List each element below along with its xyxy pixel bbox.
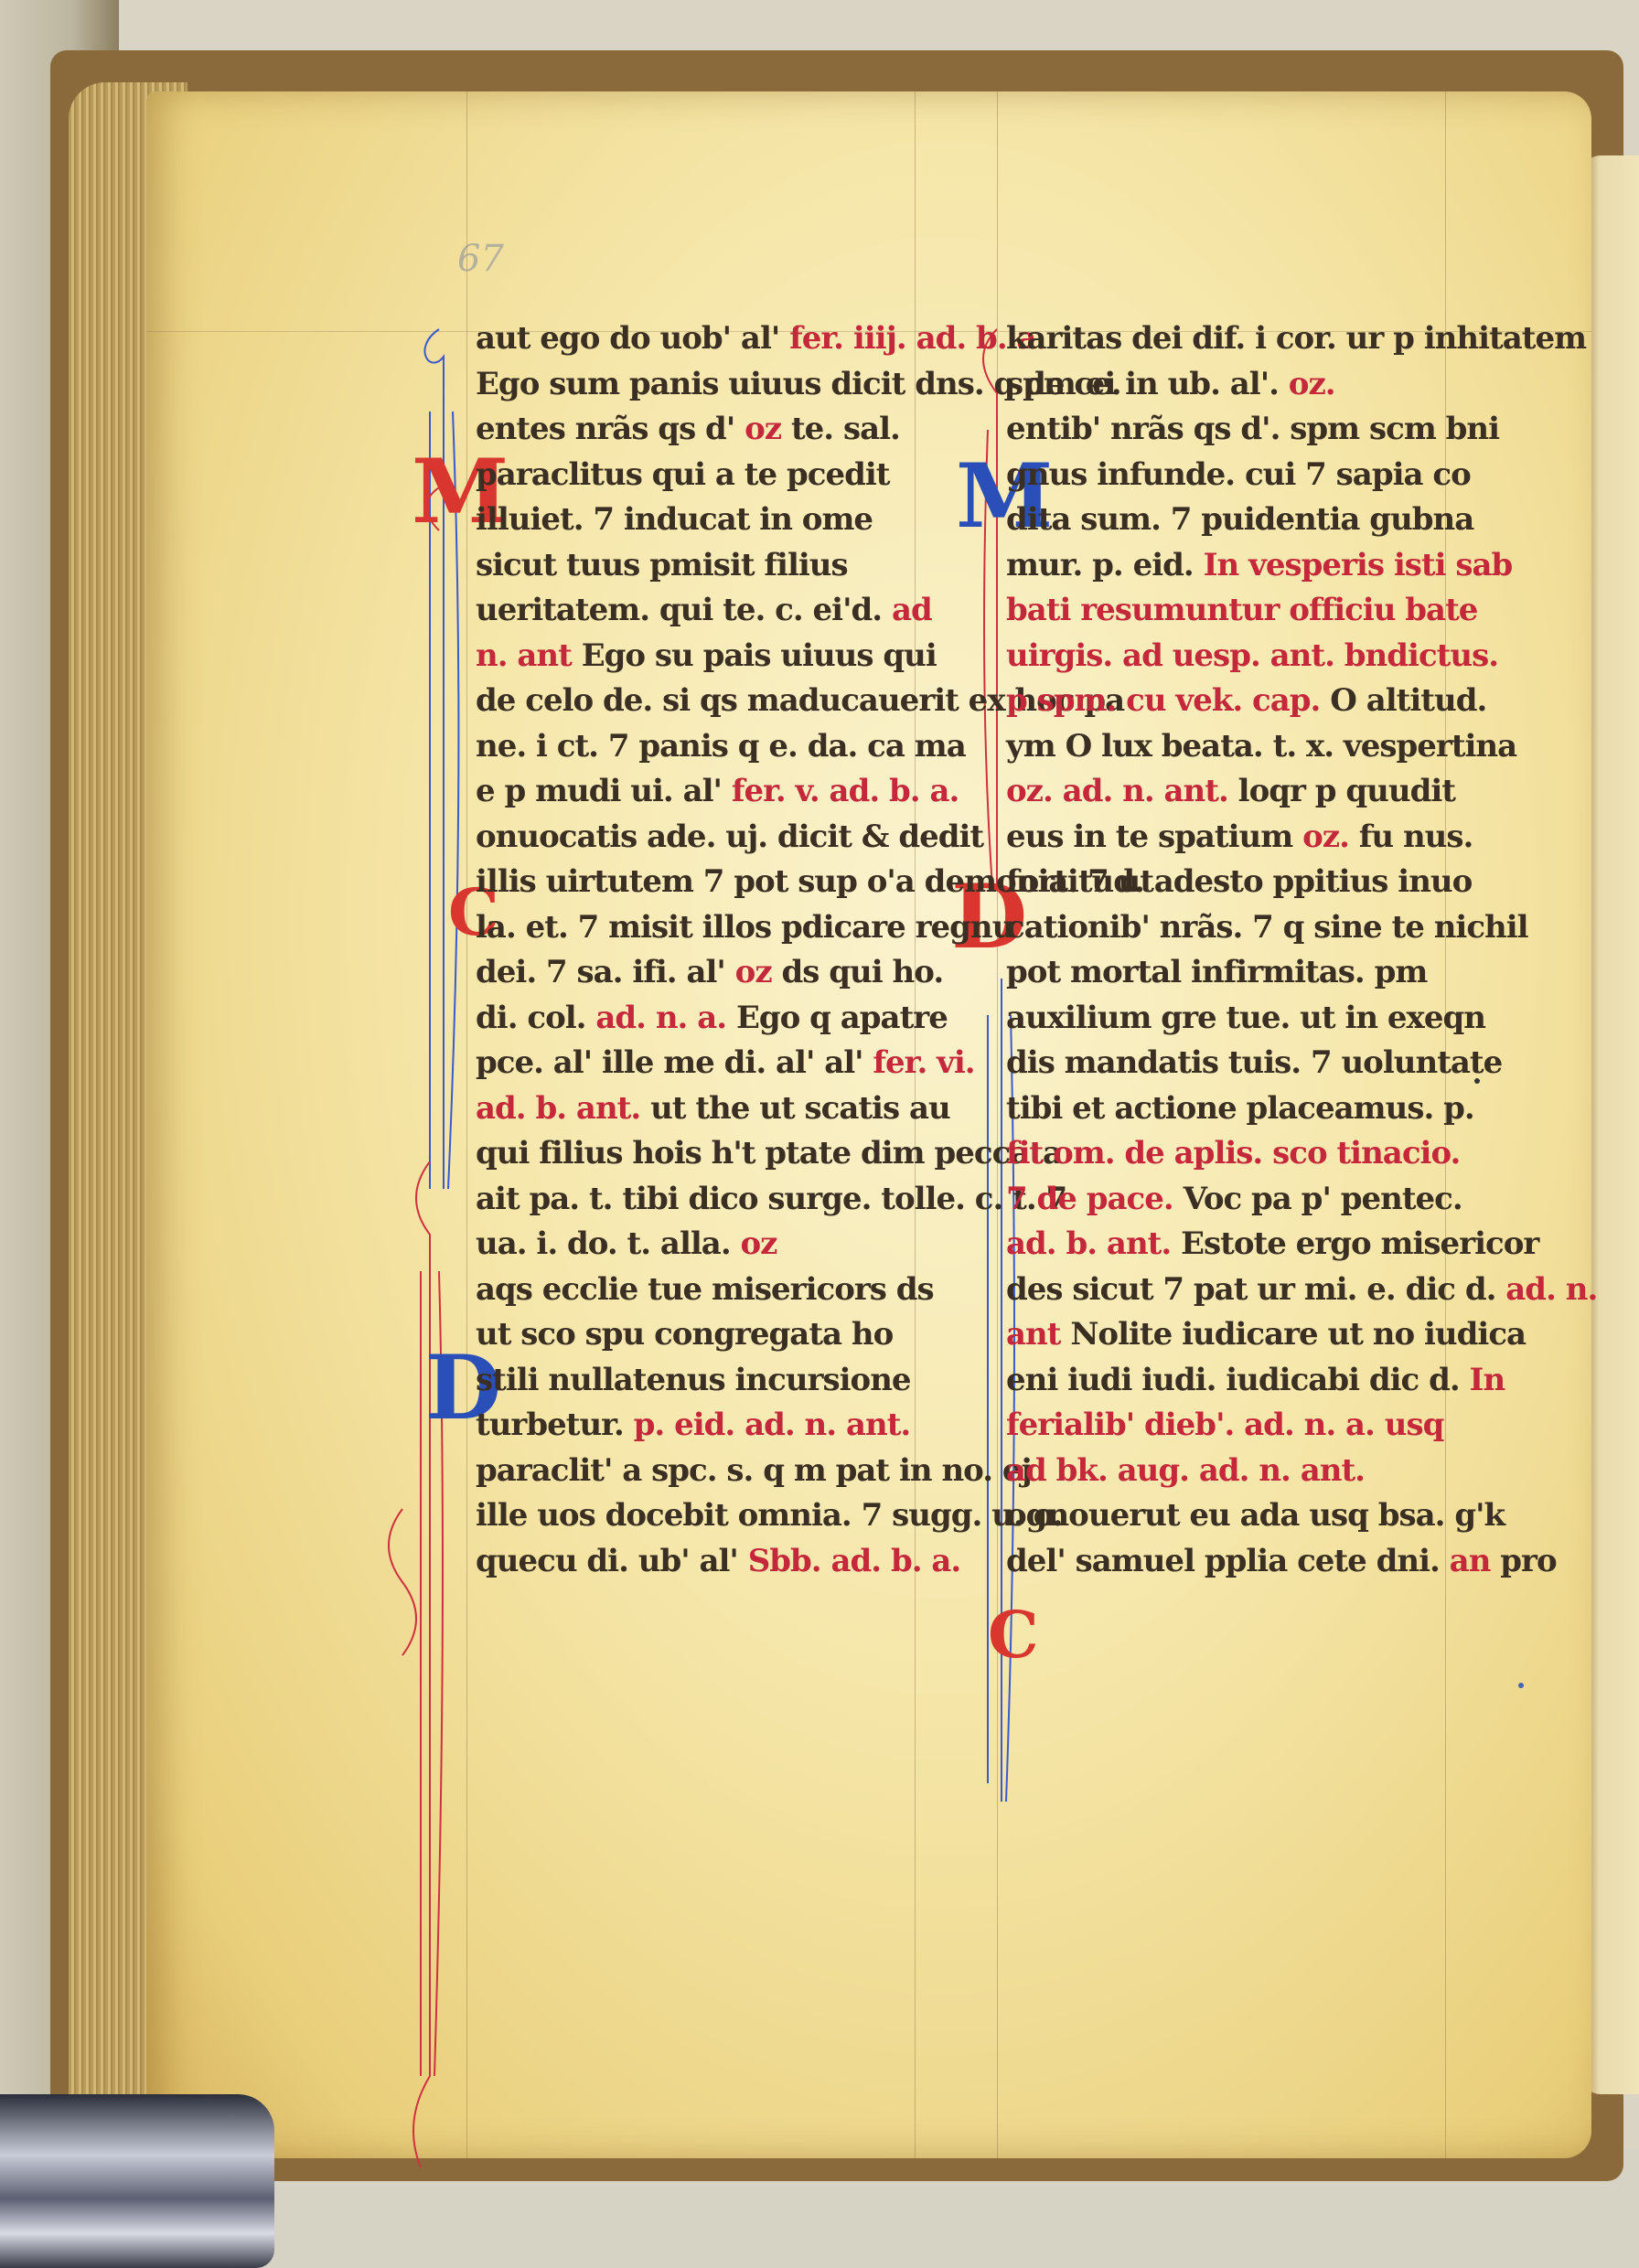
- ink-text: onuocatis ade. uj. dicit & dedit: [476, 818, 983, 855]
- ink-text: quecu di. ub' al': [476, 1543, 738, 1579]
- ink-text: pro: [1500, 1543, 1556, 1579]
- ink-text: spm ei in ub. al'.: [1006, 366, 1279, 402]
- page-clip: [0, 2094, 274, 2268]
- text-line: eus in te spatium oz. fu nus.: [1006, 818, 1473, 855]
- rubric-text: bati resumuntur officiu bate: [1006, 592, 1477, 628]
- text-line: spm ei in ub. al'. oz.: [1006, 366, 1335, 402]
- rubric-text: ad. n.: [1505, 1271, 1597, 1308]
- ink-text: illuiet. 7 inducat in ome: [476, 501, 873, 538]
- ink-text: fortitud. adesto ppitius inuo: [1006, 863, 1472, 900]
- text-line: paraclit' a spc. s. q m pat in no. ej: [476, 1452, 1032, 1489]
- rubric-text: ad. b. ant.: [476, 1090, 640, 1127]
- text-line: quecu di. ub' al' Sbb. ad. b. a.: [476, 1543, 960, 1579]
- text-line: dis mandatis tuis. 7 uoluntate: [1006, 1044, 1502, 1081]
- ink-dot: [1518, 1683, 1524, 1688]
- text-line: ant Nolite iudicare ut no iudica: [1006, 1316, 1526, 1353]
- text-line: tibi et actione placeamus. p.: [1006, 1090, 1474, 1127]
- text-line: ad. b. ant. Estote ergo misericor: [1006, 1225, 1538, 1262]
- ink-text: sicut tuus pmisit filius: [476, 547, 848, 583]
- ink-text: stili nullatenus incursione: [476, 1362, 911, 1398]
- ink-text: pce. al' ille me di. al' al': [476, 1044, 863, 1081]
- text-line: ognouerut eu ada usq bsa. g'k: [1006, 1497, 1505, 1534]
- text-line: mur. p. eid. In vesperis isti sab: [1006, 547, 1512, 583]
- text-line: entib' nrãs qs d'. spm scm bni: [1006, 411, 1499, 447]
- text-line: oz. ad. n. ant. loqr p quudit: [1006, 773, 1455, 809]
- ink-text: te. sal.: [791, 411, 900, 447]
- ink-text: Ego q apatre: [736, 1000, 948, 1036]
- ink-text: ut sco spu congregata ho: [476, 1316, 893, 1353]
- text-line: del' samuel pplia cete dni. an pro: [1006, 1543, 1557, 1579]
- text-line: ait pa. t. tibi dico surge. tolle. c. t.…: [476, 1181, 1066, 1217]
- rubric-text: an: [1450, 1543, 1491, 1579]
- ink-text: la. et. 7 misit illos pdicare regnu: [476, 909, 1013, 946]
- text-line: 7 de pace. Voc pa p' pentec.: [1006, 1181, 1462, 1217]
- ink-text: cationib' nrãs. 7 q sine te nichil: [1006, 909, 1528, 946]
- ink-text: karitas dei dif. i cor. ur p inhitatem: [1006, 320, 1586, 357]
- text-line: ym O lux beata. t. x. vespertina: [1006, 728, 1516, 765]
- text-line: turbetur. p. eid. ad. n. ant.: [476, 1407, 910, 1443]
- text-line: pot mortal infirmitas. pm: [1006, 954, 1427, 990]
- text-line: e p mudi ui. al' fer. v. ad. b. a.: [476, 773, 959, 809]
- rubric-text: n. ant: [476, 637, 572, 674]
- ink-text: des sicut 7 pat ur mi. e. dic d.: [1006, 1271, 1495, 1308]
- rubric-text: ad: [892, 592, 932, 628]
- text-line: entes nrãs qs d' oz te. sal.: [476, 411, 900, 447]
- text-line: stili nullatenus incursione: [476, 1362, 911, 1398]
- text-line: la. et. 7 misit illos pdicare regnu: [476, 909, 1013, 946]
- text-line: aut ego do uob' al' fer. iiij. ad. b. a.: [476, 320, 1045, 357]
- ink-text: paraclit' a spc. s. q m pat in no. ej: [476, 1452, 1032, 1489]
- text-line: ua. i. do. t. alla. oz: [476, 1225, 777, 1262]
- ink-text: ne. i ct. 7 panis q e. da. ca ma: [476, 728, 966, 765]
- ink-text: Voc pa p' pentec.: [1184, 1181, 1462, 1217]
- text-line: ferialib' dieb'. ad. n. a. usq: [1006, 1407, 1443, 1443]
- ink-text: pot mortal infirmitas. pm: [1006, 954, 1427, 990]
- rubric-text: In: [1470, 1362, 1505, 1398]
- text-line: ad bk. aug. ad. n. ant.: [1006, 1452, 1365, 1489]
- ink-text: ueritatem. qui te. c. ei'd.: [476, 592, 882, 628]
- rubric-text: ferialib' dieb'. ad. n. a. usq: [1006, 1407, 1443, 1443]
- text-line: illuiet. 7 inducat in ome: [476, 501, 873, 538]
- ink-text: gnus infunde. cui 7 sapia co: [1006, 456, 1471, 493]
- ink-text: auxilium gre tue. ut in exeqn: [1006, 1000, 1485, 1036]
- text-line: fortitud. adesto ppitius inuo: [1006, 863, 1472, 900]
- initial-right-3: C: [988, 1591, 1039, 1679]
- text-line: pce. al' ille me di. al' al' fer. vi.: [476, 1044, 975, 1081]
- text-line: auxilium gre tue. ut in exeqn: [1006, 1000, 1485, 1036]
- text-line: gnus infunde. cui 7 sapia co: [1006, 456, 1471, 493]
- rubric-text: oz: [735, 954, 772, 990]
- ink-text: dei. 7 sa. ifi. al': [476, 954, 725, 990]
- ink-text: dis mandatis tuis. 7 uoluntate: [1006, 1044, 1502, 1081]
- ink-text: ille uos docebit omnia. 7 sugg. u. o.: [476, 1497, 1063, 1534]
- text-line: aqs ecclie tue misericors ds: [476, 1271, 934, 1308]
- rubric-text: 7 de pace.: [1006, 1181, 1173, 1217]
- rubric-text: oz. ad. n. ant.: [1006, 773, 1228, 809]
- ink-text: ym O lux beata. t. x. vespertina: [1006, 728, 1516, 765]
- text-line: di. col. ad. n. a. Ego q apatre: [476, 1000, 948, 1036]
- text-line: onuocatis ade. uj. dicit & dedit: [476, 818, 983, 855]
- ink-text: eni iudi iudi. iudicabi dic d.: [1006, 1362, 1460, 1398]
- ink-text: turbetur.: [476, 1407, 624, 1443]
- rubric-text: oz: [741, 1225, 777, 1262]
- ink-text: entib' nrãs qs d'. spm scm bni: [1006, 411, 1499, 447]
- text-line: karitas dei dif. i cor. ur p inhitatem: [1006, 320, 1586, 357]
- ink-text: ut the ut scatis au: [650, 1090, 950, 1127]
- ink-text: aqs ecclie tue misericors ds: [476, 1271, 934, 1308]
- rubric-text: p. eid. ad. n. ant.: [634, 1407, 911, 1443]
- ink-text: ait pa. t. tibi dico surge. tolle. c. t.…: [476, 1181, 1066, 1217]
- text-line: ille uos docebit omnia. 7 sugg. u. o.: [476, 1497, 1063, 1534]
- text-line: dita sum. 7 puidentia gubna: [1006, 501, 1473, 538]
- text-line: bati resumuntur officiu bate: [1006, 592, 1477, 628]
- manuscript-page: 67 M C D M D C aut ego do uob' al' fer. …: [146, 91, 1591, 2158]
- ink-text: di. col.: [476, 1000, 586, 1036]
- rubric-text: oz.: [1302, 818, 1349, 855]
- text-line: ad. b. ant. ut the ut scatis au: [476, 1090, 950, 1127]
- ink-text: O altitud.: [1330, 682, 1486, 719]
- folio-number: 67: [457, 238, 504, 280]
- text-line: des sicut 7 pat ur mi. e. dic d. ad. n.: [1006, 1271, 1597, 1308]
- ink-text: qui filius hois h't ptate dim peccata: [476, 1135, 1062, 1171]
- text-line: sicut tuus pmisit filius: [476, 547, 848, 583]
- ink-text: ognouerut eu ada usq bsa. g'k: [1006, 1497, 1505, 1534]
- text-line: n. ant Ego su pais uiuus qui: [476, 637, 937, 674]
- rubric-text: ad. b. ant.: [1006, 1225, 1171, 1262]
- rubric-text: uirgis. ad uesp. ant. bndictus.: [1006, 637, 1498, 674]
- ink-text: loqr p quudit: [1238, 773, 1455, 809]
- ink-text: entes nrãs qs d': [476, 411, 734, 447]
- rubric-text: In vesperis isti sab: [1204, 547, 1513, 583]
- rubric-text: Sbb. ad. b. a.: [748, 1543, 961, 1579]
- ink-text: aut ego do uob' al': [476, 320, 779, 357]
- text-line: fit om. de aplis. sco tinacio.: [1006, 1135, 1460, 1171]
- text-line: cationib' nrãs. 7 q sine te nichil: [1006, 909, 1528, 946]
- text-line: ut sco spu congregata ho: [476, 1316, 893, 1353]
- rubric-text: fer. vi.: [873, 1044, 974, 1081]
- ink-text: Estote ergo misericor: [1181, 1225, 1538, 1262]
- ink-text: mur. p. eid.: [1006, 547, 1194, 583]
- text-line: ne. i ct. 7 panis q e. da. ca ma: [476, 728, 966, 765]
- text-line: eni iudi iudi. iudicabi dic d. In: [1006, 1362, 1505, 1398]
- ink-text: paraclitus qui a te pcedit: [476, 456, 889, 493]
- rubric-text: p spm. cu vek. cap.: [1006, 682, 1320, 719]
- ink-text: ua. i. do. t. alla.: [476, 1225, 731, 1262]
- ink-text: ds qui ho.: [782, 954, 944, 990]
- text-line: paraclitus qui a te pcedit: [476, 456, 889, 493]
- text-line: ueritatem. qui te. c. ei'd. ad: [476, 592, 932, 628]
- rubric-text: fit om. de aplis. sco tinacio.: [1006, 1135, 1460, 1171]
- ink-dot: [1474, 1078, 1480, 1084]
- rubric-text: oz: [745, 411, 781, 447]
- rubric-text: fer. v. ad. b. a.: [732, 773, 959, 809]
- ink-text: eus in te spatium: [1006, 818, 1292, 855]
- ink-text: Nolite iudicare ut no iudica: [1070, 1316, 1526, 1353]
- text-line: uirgis. ad uesp. ant. bndictus.: [1006, 637, 1498, 674]
- ink-text: dita sum. 7 puidentia gubna: [1006, 501, 1473, 538]
- rubric-text: ad. n. a.: [595, 1000, 726, 1036]
- text-line: p spm. cu vek. cap. O altitud.: [1006, 682, 1486, 719]
- text-line: dei. 7 sa. ifi. al' oz ds qui ho.: [476, 954, 943, 990]
- ink-text: del' samuel pplia cete dni.: [1006, 1543, 1440, 1579]
- ink-text: Ego su pais uiuus qui: [582, 637, 937, 674]
- ink-text: fu nus.: [1359, 818, 1473, 855]
- rubric-text: ad bk. aug. ad. n. ant.: [1006, 1452, 1365, 1489]
- ink-text: e p mudi ui. al': [476, 773, 722, 809]
- rubric-text: ant: [1006, 1316, 1060, 1353]
- text-line: qui filius hois h't ptate dim peccata: [476, 1135, 1062, 1171]
- penwork-flourish-red: [366, 1161, 466, 2186]
- rubric-text: oz.: [1289, 366, 1335, 402]
- ink-text: tibi et actione placeamus. p.: [1006, 1090, 1474, 1127]
